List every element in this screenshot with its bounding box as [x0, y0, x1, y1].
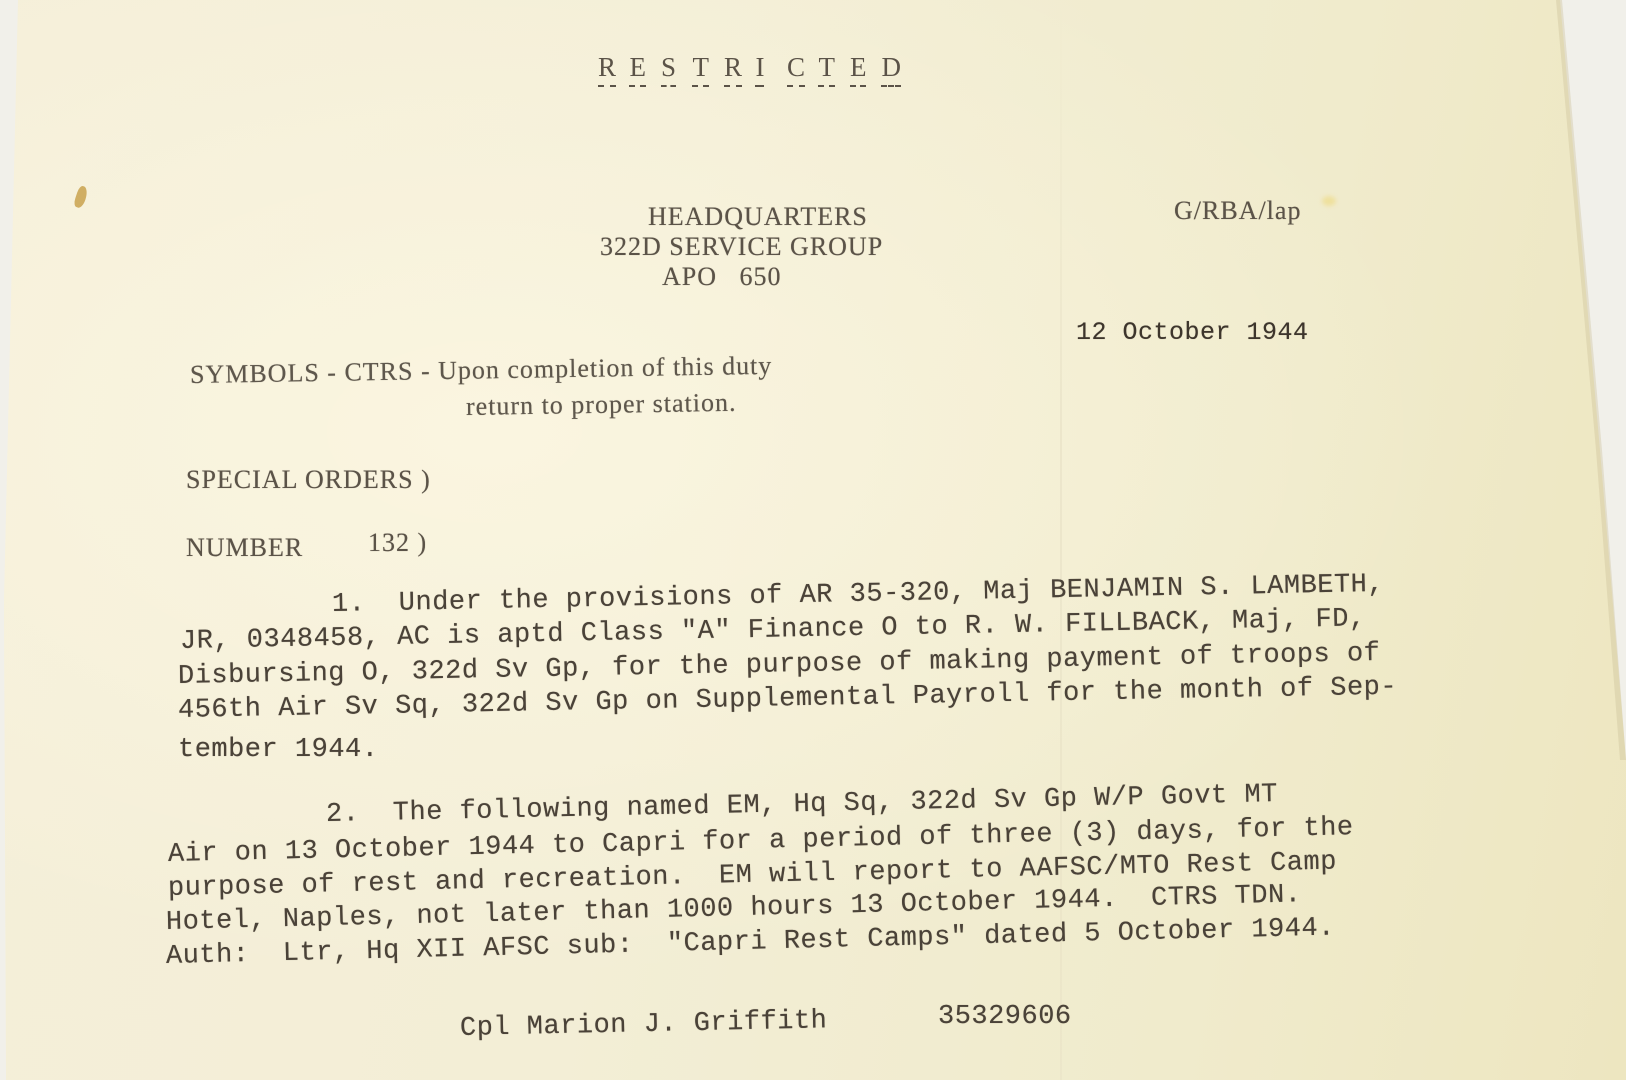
header-unit: 322D SERVICE GROUP [600, 232, 883, 262]
personnel-serial: 35329606 [938, 1002, 1072, 1032]
classification-letter: D [882, 52, 914, 83]
special-orders-label: SPECIAL ORDERS ) [186, 465, 431, 495]
paper-fold-crease [1060, 0, 1062, 1080]
reference-code: G/RBA/lap [1174, 196, 1301, 226]
paragraph-1-line-5: tember 1944. [178, 735, 378, 765]
classification-letter: I [756, 52, 788, 83]
classification-letter: T [819, 52, 851, 83]
header-apo: APO 650 [662, 262, 782, 292]
symbols-line-2: return to proper station. [466, 388, 737, 422]
classification-letter: E [630, 52, 662, 83]
classification-letter: C [787, 52, 819, 83]
classification-marking: R E S T R I C T E D [598, 52, 913, 83]
document-date: 12 October 1944 [1076, 318, 1309, 347]
classification-letter: T [693, 52, 725, 83]
order-number-value: 132 ) [368, 528, 427, 558]
paper-stain [1322, 196, 1336, 206]
order-number-label: NUMBER [186, 533, 303, 563]
classification-letter: E [850, 52, 882, 83]
header-headquarters: HEADQUARTERS [648, 202, 868, 232]
classification-letter: S [661, 52, 693, 83]
classification-letter: R [598, 52, 630, 83]
classification-letter: R [724, 52, 756, 83]
